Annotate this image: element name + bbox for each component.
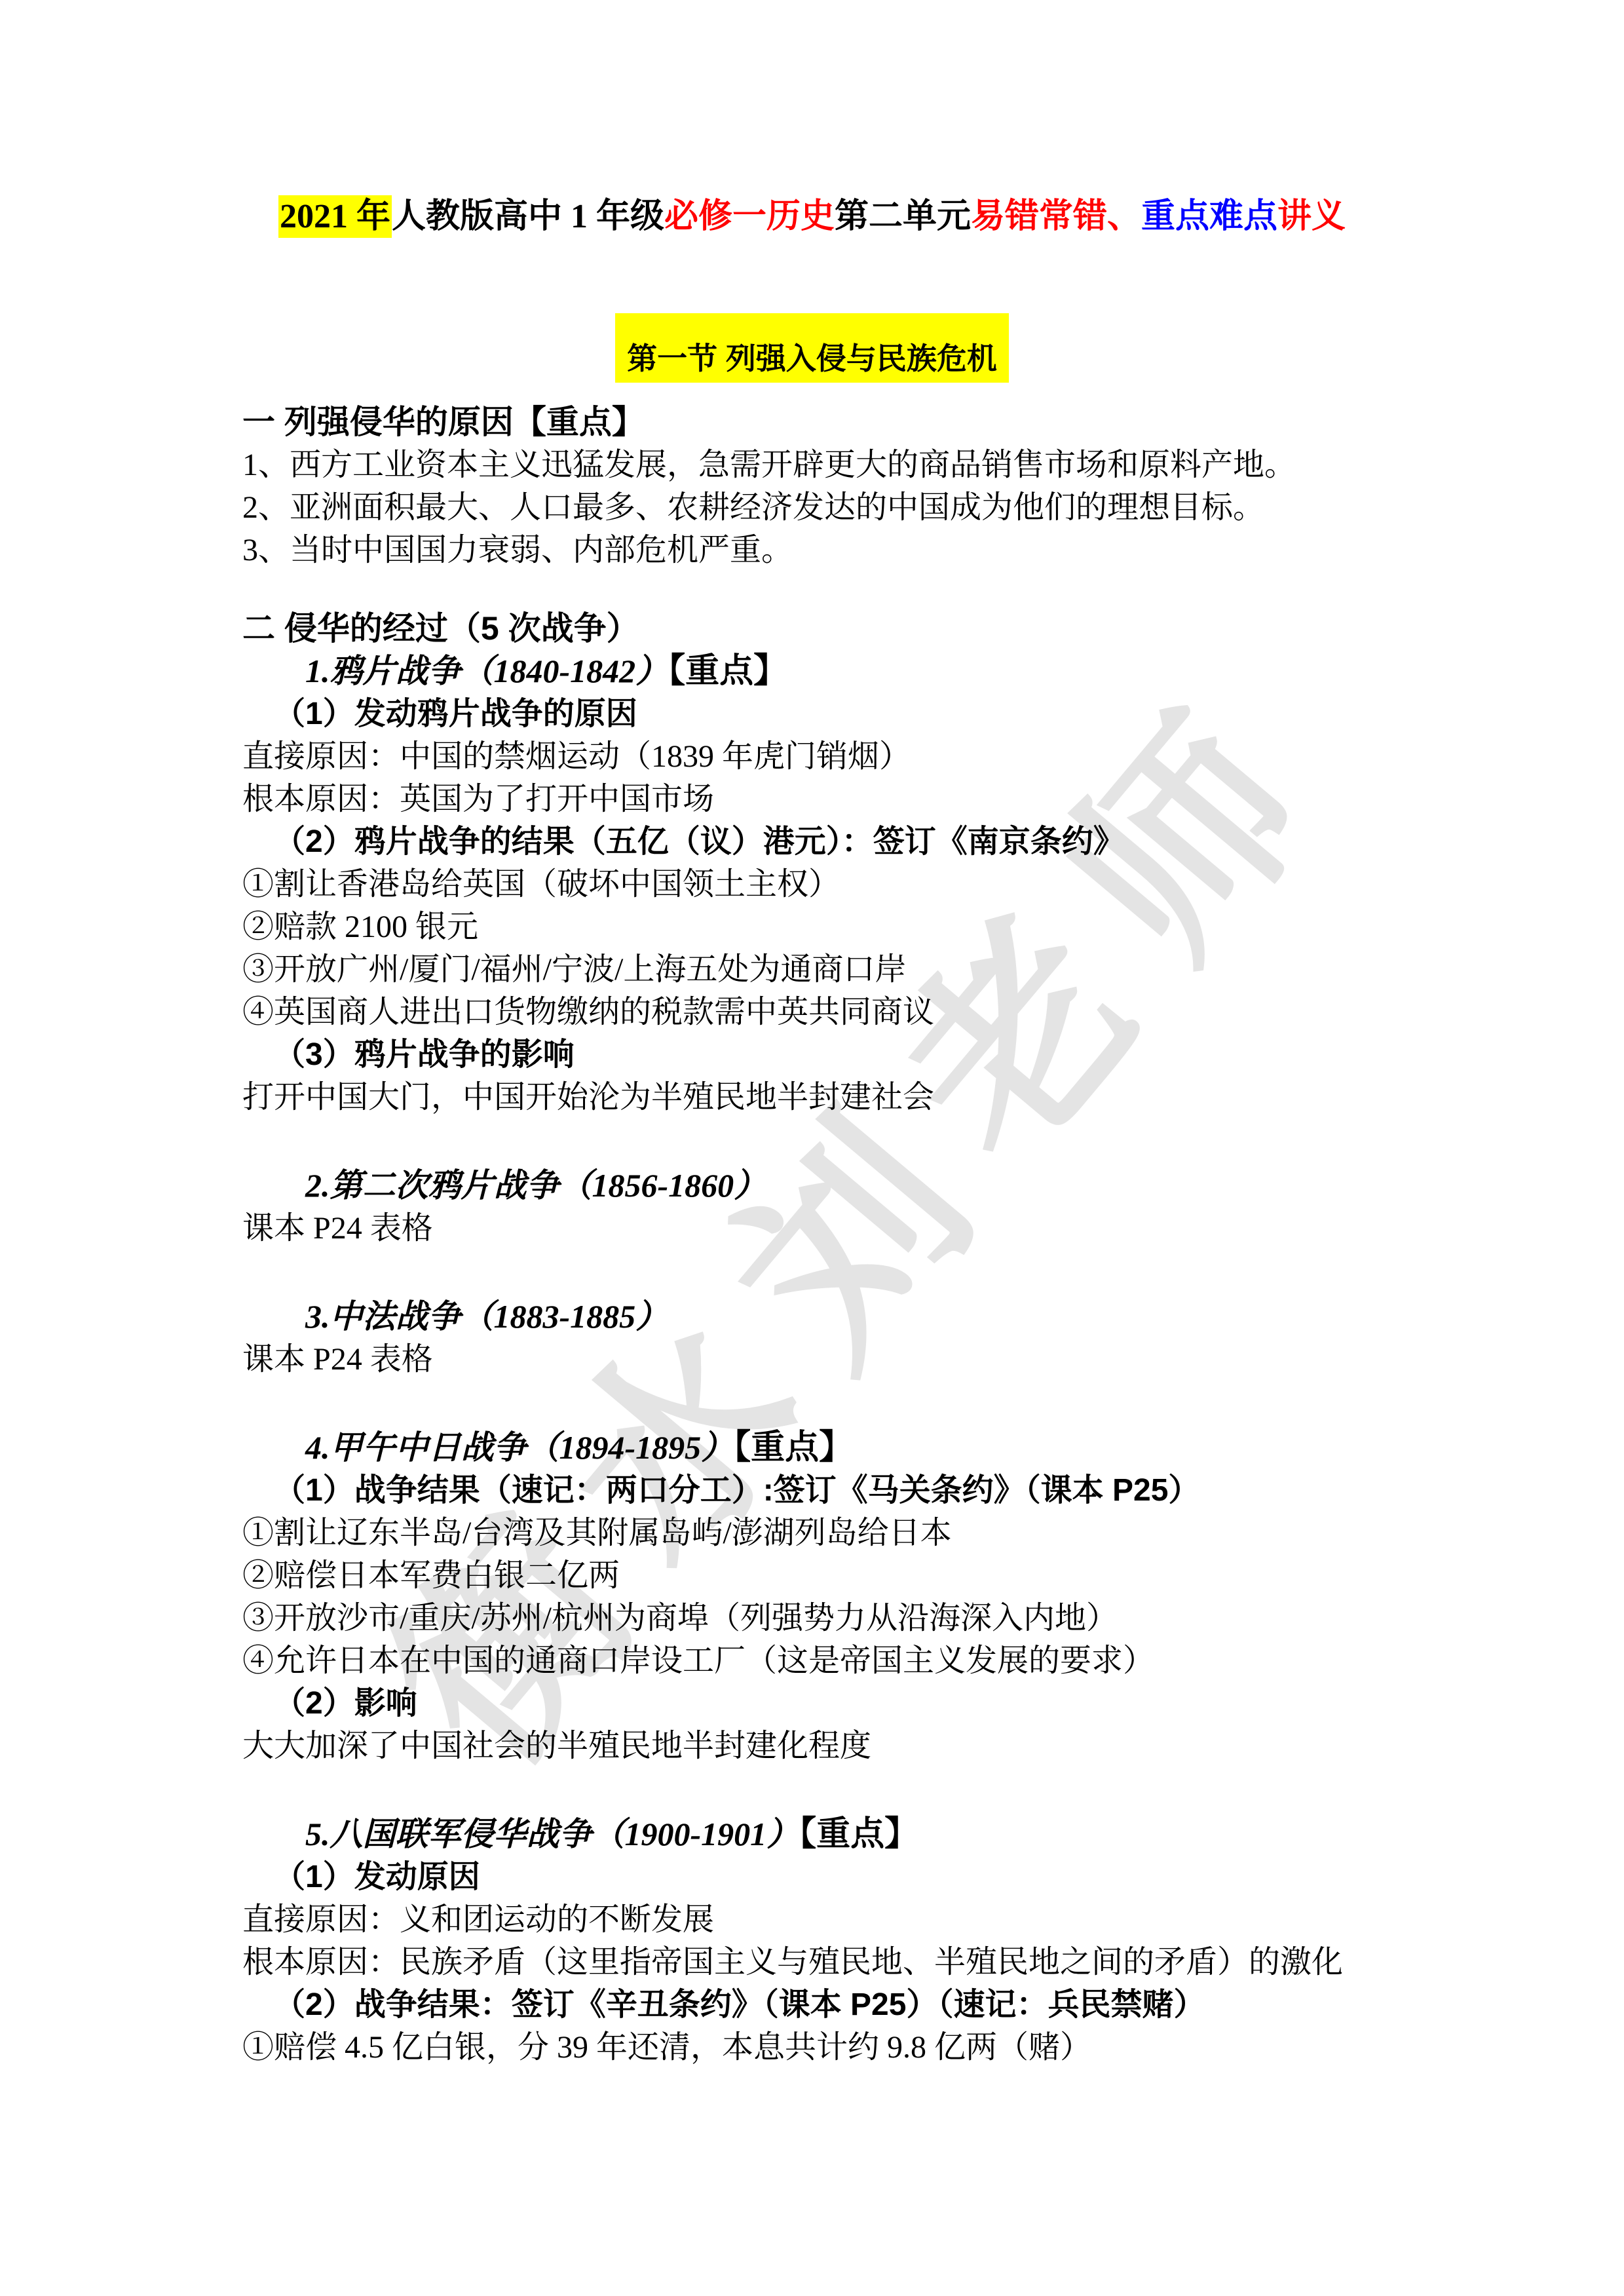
doc-line: 课本 P24 表格 xyxy=(242,1207,1408,1250)
doc-line-text: 课本 P24 表格 xyxy=(242,1342,433,1377)
doc-line-text: ②赔偿日本军费白银二亿两 xyxy=(242,1558,620,1593)
section-banner: 第一节 列强入侵与民族危机 xyxy=(0,313,1624,383)
doc-line: 1.鸦片战争（1840-1842）【重点】 xyxy=(242,650,1408,693)
doc-line: 1、西方工业资本主义迅猛发展，急需开辟更大的商品销售市场和原料产地。 xyxy=(242,444,1408,486)
doc-line: 3、当时中国国力衰弱、内部危机严重。 xyxy=(242,529,1408,571)
doc-line: （2）影响 xyxy=(242,1682,1408,1725)
doc-line-text: （2）战争结果：签订《辛丑条约》（课本 P25）（速记：兵民禁赌） xyxy=(274,1987,1205,2022)
doc-line: 2.第二次鸦片战争（1856-1860） xyxy=(242,1164,1408,1207)
doc-line: 5.八国联军侵华战争（1900-1901）【重点】 xyxy=(242,1813,1408,1856)
document-lines: 一 列强侵华的原因【重点】1、西方工业资本主义迅猛发展，急需开辟更大的商品销售市… xyxy=(242,401,1408,2069)
doc-line-text: 大大加深了中国社会的半殖民地半封建化程度 xyxy=(242,1729,871,1763)
doc-line-text: ④英国商人进出口货物缴纳的税款需中英共同商议 xyxy=(242,995,934,1029)
doc-line-text: 课本 P24 表格 xyxy=(242,1211,433,1246)
doc-line-text: 1.鸦片战争（1840-1842） xyxy=(305,653,668,689)
doc-line: 直接原因：中国的禁烟运动（1839 年虎门销烟） xyxy=(242,735,1408,778)
doc-line-text: 一 列强侵华的原因【重点】 xyxy=(242,404,645,440)
doc-line-text: 1、西方工业资本主义迅猛发展，急需开辟更大的商品销售市场和原料产地。 xyxy=(242,448,1296,482)
doc-blank-line xyxy=(242,571,1408,607)
doc-line-text: （1）发动原因 xyxy=(274,1860,480,1894)
doc-line-text: 根本原因：民族矛盾（这里指帝国主义与殖民地、半殖民地之间的矛盾）的激化 xyxy=(242,1945,1343,1980)
doc-blank-line xyxy=(242,1767,1408,1813)
doc-line-text: ①赔偿 4.5 亿白银，分 39 年还清，本息共计约 9.8 亿两（赌） xyxy=(242,2030,1091,2065)
doc-line: 根本原因：民族矛盾（这里指帝国主义与殖民地、半殖民地之间的矛盾）的激化 xyxy=(242,1941,1408,1983)
doc-line-text: ③开放广州/厦门/福州/宁波/上海五处为通商口岸 xyxy=(242,952,906,987)
doc-line-keypoint-tag: 【重点】 xyxy=(799,1815,918,1853)
doc-line-text: 二 侵华的经过（5 次战争） xyxy=(242,610,639,647)
doc-line: ④允许日本在中国的通商口岸设工厂（这是帝国主义发展的要求） xyxy=(242,1639,1408,1682)
doc-line-text: ①割让辽东半岛/台湾及其附属岛屿/澎湖列岛给日本 xyxy=(242,1516,952,1550)
doc-line: 课本 P24 表格 xyxy=(242,1338,1408,1381)
title-part-mistakes: 易错常错、 xyxy=(971,198,1141,235)
doc-line-text: 3、当时中国国力衰弱、内部危机严重。 xyxy=(242,533,793,567)
doc-line: （3）鸦片战争的影响 xyxy=(242,1033,1408,1076)
doc-line: 一 列强侵华的原因【重点】 xyxy=(242,401,1408,444)
doc-line: ①割让辽东半岛/台湾及其附属岛屿/澎湖列岛给日本 xyxy=(242,1512,1408,1554)
doc-line: ③开放广州/厦门/福州/宁波/上海五处为通商口岸 xyxy=(242,948,1408,991)
title-part-handout: 讲义 xyxy=(1277,198,1346,235)
doc-line-keypoint-tag: 【重点】 xyxy=(734,1428,853,1466)
doc-line-text: 3.中法战争（1883-1885） xyxy=(305,1298,668,1335)
title-part-unit: 第二单元 xyxy=(835,198,971,235)
doc-line: （1）发动原因 xyxy=(242,1856,1408,1898)
doc-line: 2、亚洲面积最大、人口最多、农耕经济发达的中国成为他们的理想目标。 xyxy=(242,486,1408,529)
doc-line: 打开中国大门，中国开始沦为半殖民地半封建社会 xyxy=(242,1076,1408,1119)
doc-line-text: 2、亚洲面积最大、人口最多、农耕经济发达的中国成为他们的理想目标。 xyxy=(242,490,1264,525)
doc-line-text: （1）战争结果（速记：两口分工）:签订《马关条约》（课本 P25） xyxy=(274,1473,1199,1508)
page-title: 2021 年人教版高中 1 年级必修一历史第二单元易错常错、重点难点讲义 xyxy=(0,193,1624,240)
doc-line: 直接原因：义和团运动的不断发展 xyxy=(242,1898,1408,1941)
doc-line: 二 侵华的经过（5 次战争） xyxy=(242,607,1408,650)
doc-line: ②赔偿日本军费白银二亿两 xyxy=(242,1554,1408,1597)
doc-line-keypoint-tag: 【重点】 xyxy=(668,652,787,690)
doc-line-text: （3）鸦片战争的影响 xyxy=(274,1037,575,1072)
doc-line-text: 4.甲午中日战争（1894-1895） xyxy=(305,1429,734,1466)
doc-line: （2）战争结果：签订《辛丑条约》（课本 P25）（速记：兵民禁赌） xyxy=(242,1983,1408,2026)
title-part-keypoints: 重点难点 xyxy=(1141,198,1277,235)
doc-line: 大大加深了中国社会的半殖民地半封建化程度 xyxy=(242,1725,1408,1767)
doc-line-text: 直接原因：中国的禁烟运动（1839 年虎门销烟） xyxy=(242,739,911,774)
doc-line: （1）战争结果（速记：两口分工）:签订《马关条约》（课本 P25） xyxy=(242,1469,1408,1512)
doc-line: 根本原因：英国为了打开中国市场 xyxy=(242,778,1408,820)
doc-line-text: （1）发动鸦片战争的原因 xyxy=(274,697,637,731)
title-part-course: 必修一历史 xyxy=(664,198,835,235)
doc-line: 4.甲午中日战争（1894-1895）【重点】 xyxy=(242,1426,1408,1469)
doc-line: ①赔偿 4.5 亿白银，分 39 年还清，本息共计约 9.8 亿两（赌） xyxy=(242,2026,1408,2069)
doc-blank-line xyxy=(242,1119,1408,1164)
doc-line: 3.中法战争（1883-1885） xyxy=(242,1295,1408,1338)
doc-line-text: ②赔款 2100 银元 xyxy=(242,909,478,944)
doc-line-text: ①割让香港岛给英国（破坏中国领土主权） xyxy=(242,867,840,902)
doc-line-text: 打开中国大门，中国开始沦为半殖民地半封建社会 xyxy=(242,1080,934,1115)
section-banner-text: 第一节 列强入侵与民族危机 xyxy=(615,313,1009,383)
doc-line: ②赔款 2100 银元 xyxy=(242,906,1408,948)
document-page: 衡水刘老师 2021 年人教版高中 1 年级必修一历史第二单元易错常错、重点难点… xyxy=(0,0,1624,2296)
doc-line-text: 2.第二次鸦片战争（1856-1860） xyxy=(305,1167,766,1204)
doc-blank-line xyxy=(242,1250,1408,1295)
title-part-year: 2021 年 xyxy=(278,195,392,238)
doc-line-text: 根本原因：英国为了打开中国市场 xyxy=(242,782,714,816)
doc-line-text: ③开放沙市/重庆/苏州/杭州为商埠（列强势力从沿海深入内地） xyxy=(242,1601,1118,1636)
doc-line: ③开放沙市/重庆/苏州/杭州为商埠（列强势力从沿海深入内地） xyxy=(242,1597,1408,1639)
doc-line-text: （2）鸦片战争的结果（五亿（议）港元）：签订《南京条约》 xyxy=(274,824,1125,859)
doc-line-text: ④允许日本在中国的通商口岸设工厂（这是帝国主义发展的要求） xyxy=(242,1643,1154,1678)
doc-line: （1）发动鸦片战争的原因 xyxy=(242,693,1408,735)
doc-line-text: （2）影响 xyxy=(274,1686,417,1721)
doc-line: （2）鸦片战争的结果（五亿（议）港元）：签订《南京条约》 xyxy=(242,820,1408,863)
doc-line: ①割让香港岛给英国（破坏中国领土主权） xyxy=(242,863,1408,906)
doc-line-text: 5.八国联军侵华战争（1900-1901） xyxy=(305,1816,799,1852)
doc-line-text: 直接原因：义和团运动的不断发展 xyxy=(242,1902,714,1937)
title-part-edition: 人教版高中 1 年级 xyxy=(392,198,664,235)
doc-blank-line xyxy=(242,1381,1408,1426)
doc-line: ④英国商人进出口货物缴纳的税款需中英共同商议 xyxy=(242,991,1408,1033)
